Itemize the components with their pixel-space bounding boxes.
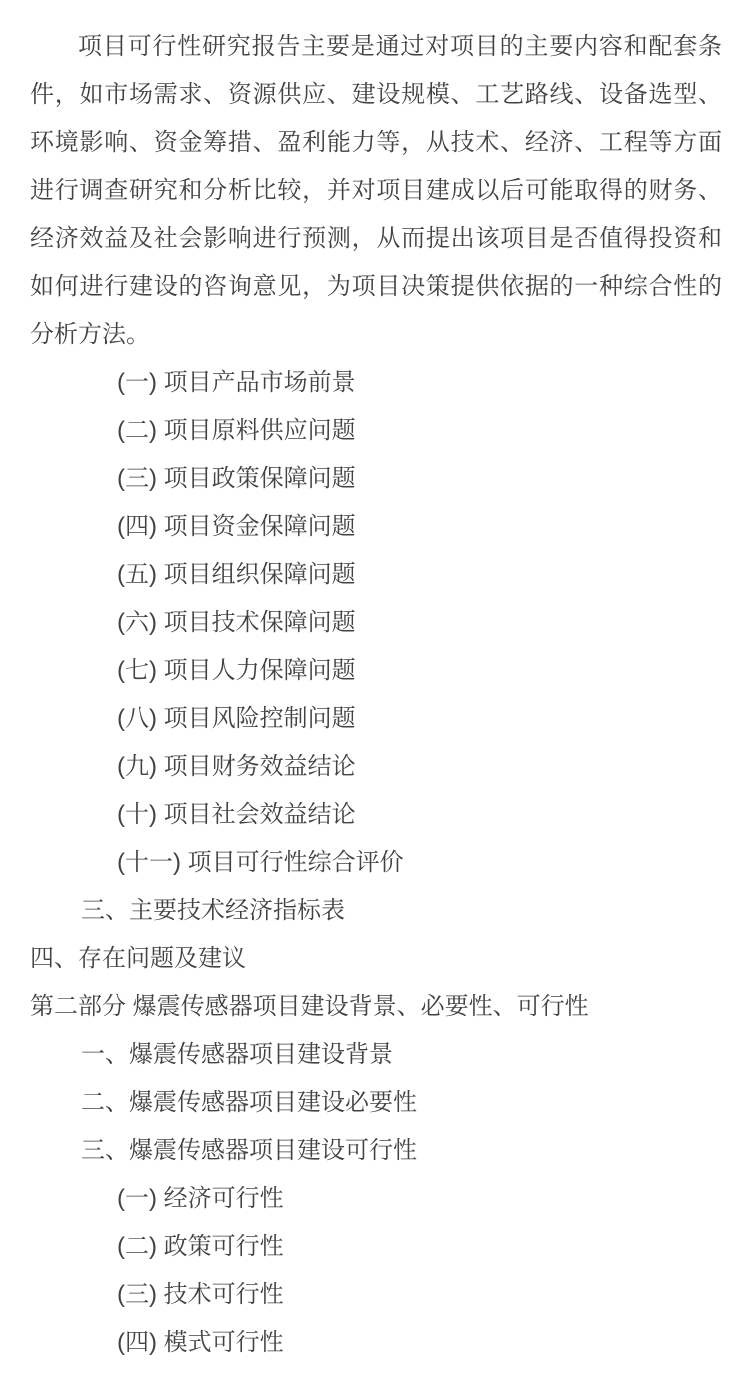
toc-line: (九) 项目财务效益结论 xyxy=(30,743,722,791)
toc-line: 三、爆震传感器项目建设可行性 xyxy=(30,1127,722,1175)
toc-line: (一) 经济可行性 xyxy=(30,1175,722,1223)
toc-line: 一、爆震传感器项目建设背景 xyxy=(30,1031,722,1079)
toc-line: (二) 政策可行性 xyxy=(30,1223,722,1271)
toc-list: (一) 项目产品市场前景(二) 项目原料供应问题(三) 项目政策保障问题(四) … xyxy=(30,359,722,1367)
toc-line: (十) 项目社会效益结论 xyxy=(30,791,722,839)
toc-line: (五) 项目组织保障问题 xyxy=(30,551,722,599)
toc-line: (四) 项目资金保障问题 xyxy=(30,503,722,551)
document-page: 项目可行性研究报告主要是通过对项目的主要内容和配套条件，如市场需求、资源供应、建… xyxy=(0,0,750,1383)
toc-line: (八) 项目风险控制问题 xyxy=(30,695,722,743)
toc-line: 第二部分 爆震传感器项目建设背景、必要性、可行性 xyxy=(30,983,722,1031)
toc-line: (十一) 项目可行性综合评价 xyxy=(30,839,722,887)
toc-line: (三) 技术可行性 xyxy=(30,1271,722,1319)
toc-line: 四、存在问题及建议 xyxy=(30,935,722,983)
toc-line: 三、主要技术经济指标表 xyxy=(30,887,722,935)
toc-line: (七) 项目人力保障问题 xyxy=(30,647,722,695)
toc-line: (四) 模式可行性 xyxy=(30,1319,722,1367)
toc-line: (二) 项目原料供应问题 xyxy=(30,407,722,455)
toc-line: 二、爆震传感器项目建设必要性 xyxy=(30,1079,722,1127)
toc-line: (三) 项目政策保障问题 xyxy=(30,455,722,503)
toc-line: (一) 项目产品市场前景 xyxy=(30,359,722,407)
intro-paragraph: 项目可行性研究报告主要是通过对项目的主要内容和配套条件，如市场需求、资源供应、建… xyxy=(30,23,722,359)
toc-line: (六) 项目技术保障问题 xyxy=(30,599,722,647)
